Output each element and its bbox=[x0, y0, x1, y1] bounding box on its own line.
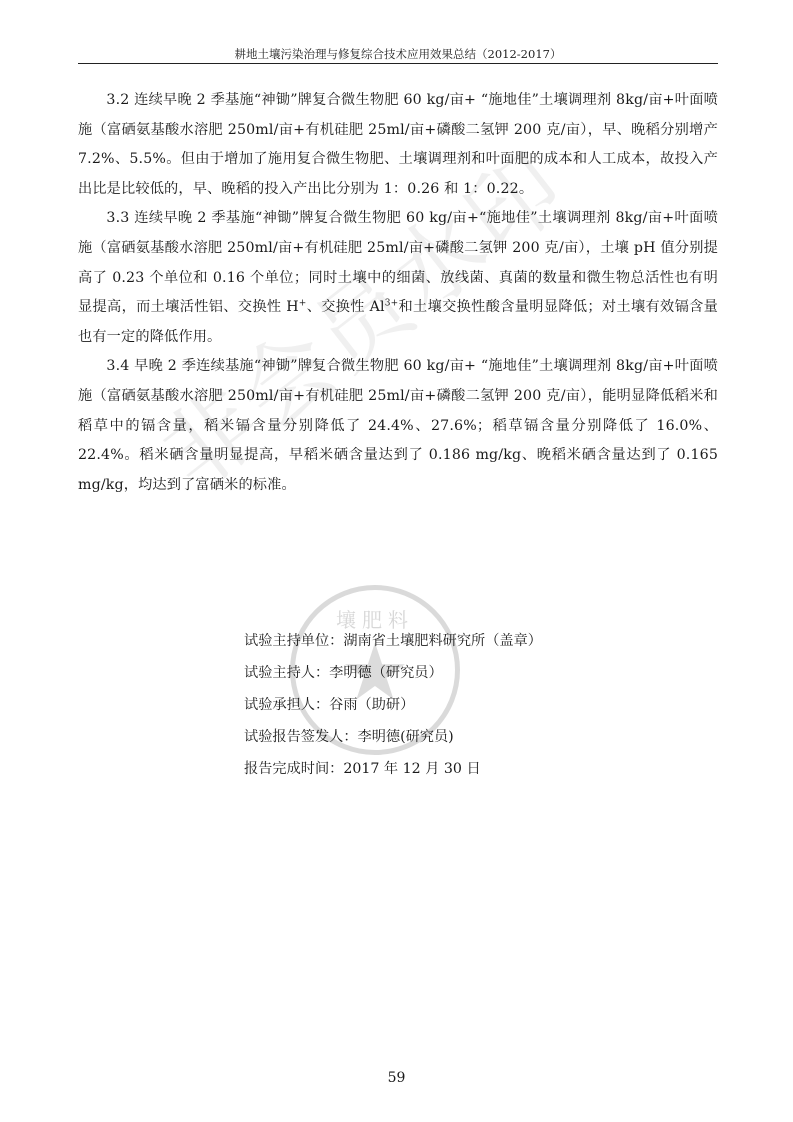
undertaker: 试验承担人：谷雨（助研） bbox=[244, 689, 542, 721]
superscript-3plus: 3+ bbox=[385, 298, 399, 308]
page-number: 59 bbox=[0, 1070, 793, 1086]
host-person: 试验主持人：李明德（研究员） bbox=[244, 657, 542, 689]
host-unit: 试验主持单位：湖南省土壤肥料研究所（盖章） bbox=[244, 625, 542, 657]
running-header: 耕地土壤污染治理与修复综合技术应用效果总结（2012-2017） bbox=[78, 47, 718, 64]
signature-block: 试验主持单位：湖南省土壤肥料研究所（盖章） 试验主持人：李明德（研究员） 试验承… bbox=[244, 625, 542, 785]
document-body: 3.2 连续早晚 2 季基施“神锄”牌复合微生物肥 60 kg/亩+ “施地佳”… bbox=[78, 86, 718, 500]
paragraph-3-3: 3.3 连续早晚 2 季基施“神锄”牌复合微生物肥 60 kg/亩+“施地佳”土… bbox=[78, 204, 718, 352]
paragraph-3-2: 3.2 连续早晚 2 季基施“神锄”牌复合微生物肥 60 kg/亩+ “施地佳”… bbox=[78, 86, 718, 204]
paragraph-3-3-text-b: 、交换性 Al bbox=[307, 299, 385, 315]
paragraph-3-4: 3.4 早晚 2 季连续基施“神锄”牌复合微生物肥 60 kg/亩+ “施地佳”… bbox=[78, 352, 718, 500]
running-header-title: 耕地土壤污染治理与修复综合技术应用效果总结（2012-2017） bbox=[235, 47, 562, 61]
completion-date: 报告完成时间：2017 年 12 月 30 日 bbox=[244, 753, 542, 785]
superscript-plus: + bbox=[299, 298, 307, 308]
report-issuer: 试验报告签发人：李明德(研究员) bbox=[244, 721, 542, 753]
